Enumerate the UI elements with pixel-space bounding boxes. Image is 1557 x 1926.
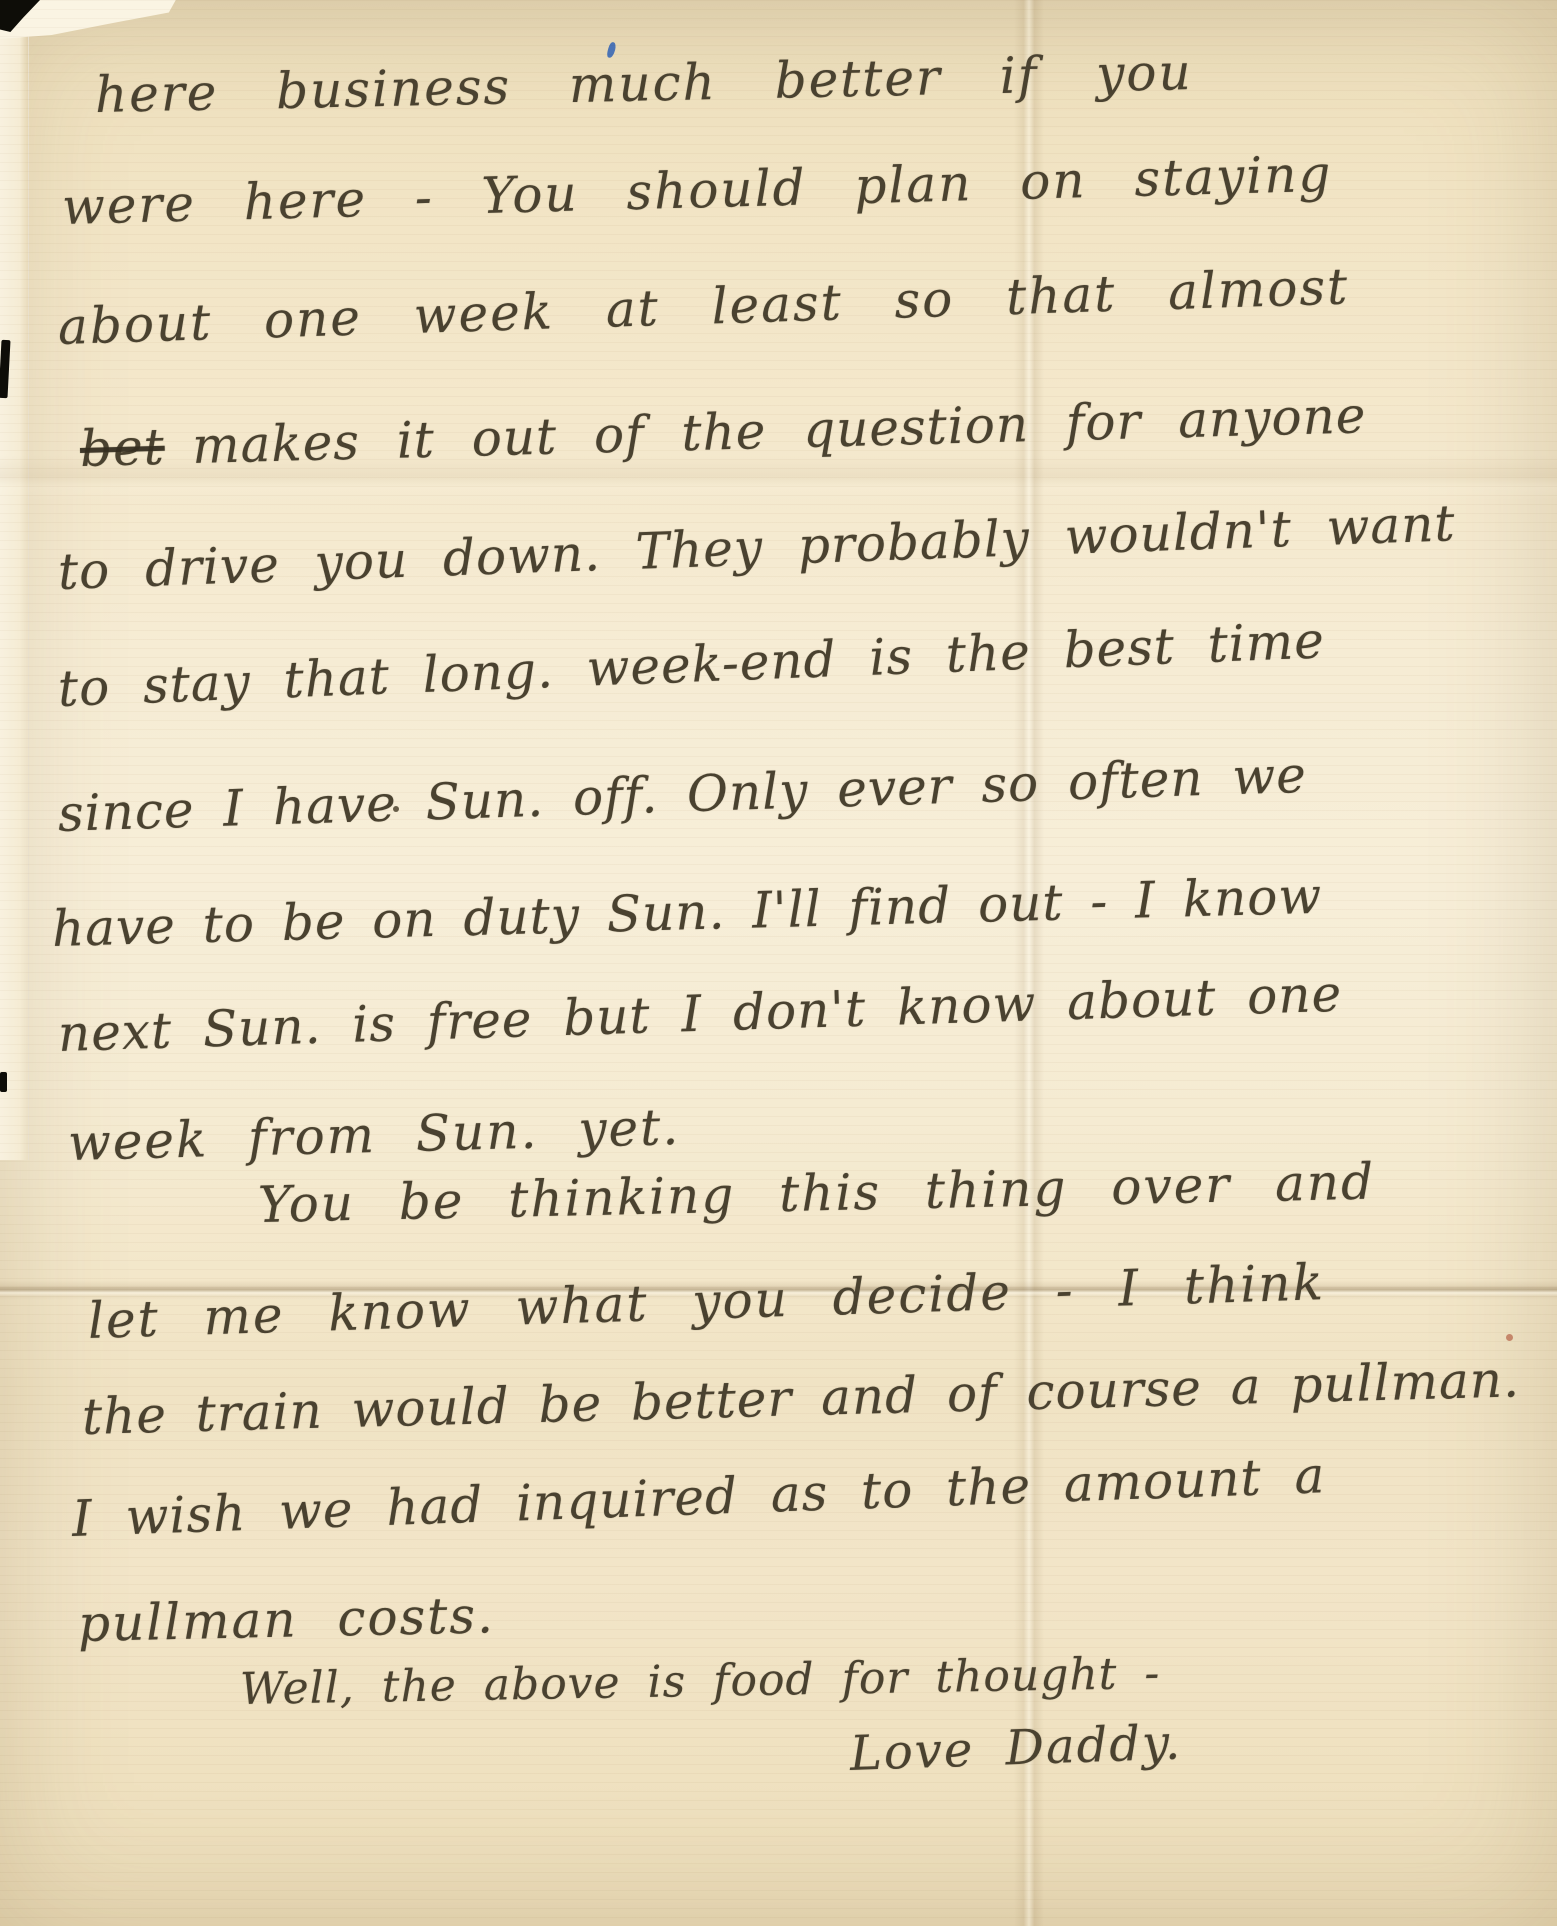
signature: Love Daddy. — [849, 1714, 1183, 1782]
crossed-out-word: bet — [79, 418, 165, 478]
letter-line: pullman costs. — [77, 1586, 495, 1653]
paper-speck — [1506, 1334, 1513, 1341]
scanner-mark — [0, 1072, 7, 1092]
paper-edge — [0, 0, 29, 1160]
scanned-letter-page: here business much better if youwere her… — [0, 0, 1557, 1926]
